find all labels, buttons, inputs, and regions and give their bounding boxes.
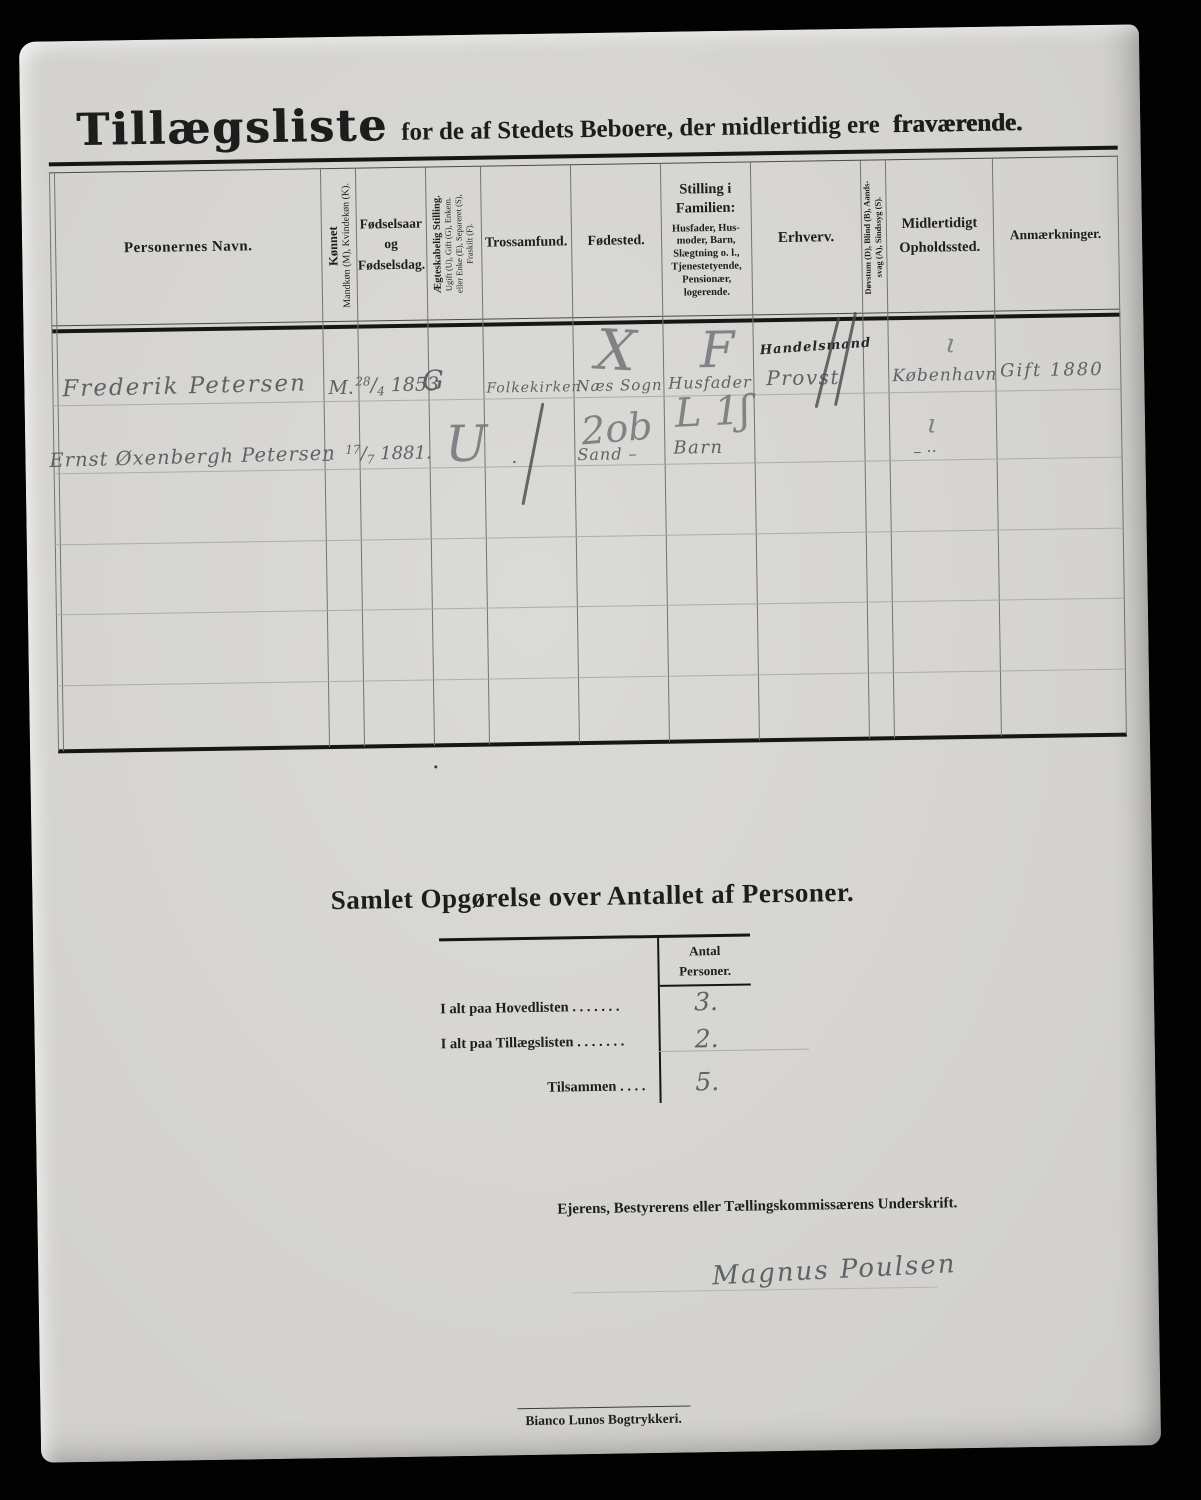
summary-col-header: Antal Personer.: [659, 941, 751, 981]
col-header-faith: Trossamfund.: [480, 165, 572, 319]
stray-ink-dot: [434, 765, 437, 768]
mark-cross: X: [594, 318, 637, 385]
mark-pen-stroke-3: [521, 403, 543, 506]
doc-title-rest: for de af Stedets Beboere, der midlertid…: [401, 111, 880, 147]
summary-total-label: Tilsammen . . . .: [465, 1078, 645, 1098]
summary-row1-value: 3.: [664, 987, 748, 1017]
row2-residence: – ··: [913, 442, 937, 461]
col-header-occupation: Erhverv.: [750, 161, 862, 316]
ruling-line-row4: [56, 598, 1124, 616]
ruling-line-row3: [55, 528, 1123, 546]
row2-family: Barn: [673, 437, 723, 459]
row2-name: Ernst Øxenbergh Petersen: [49, 441, 336, 471]
row1-marital: G: [422, 365, 444, 396]
col-header-birth: Fødselsaar og Fødselsdag.: [355, 168, 427, 322]
mark-flourish-f: F: [699, 321, 735, 380]
mark-tick-row1: ι: [944, 329, 958, 360]
summary-title: Samlet Opgørelse over Antallet af Person…: [272, 876, 912, 917]
row2-marital: U: [445, 415, 488, 474]
row1-remarks: Gift 1880: [1000, 359, 1104, 382]
summary-row2-label: I alt paa Tillægslisten . . . . . . .: [441, 1033, 625, 1053]
mark-lob: 2ob: [579, 404, 654, 454]
col-header-family: Stilling i Familien: Husfader, Hus- mode…: [660, 162, 752, 316]
col-header-sex: Kønnet Mandkøn (M), Kvindekøn (K).: [320, 169, 357, 323]
summary-total-value: 5.: [665, 1067, 749, 1097]
mark-tick-row2: ι: [926, 409, 939, 440]
row1-occupation: Provst: [766, 365, 840, 390]
summary-row1-label: I alt paa Hovedlisten . . . . . . .: [440, 999, 619, 1019]
row1-sex: M.: [328, 377, 354, 399]
ruling-line-row5: [57, 669, 1125, 687]
mark-l18: L 1ʃ: [674, 387, 752, 437]
document-page: Tillægsliste for de af Stedets Beboere, …: [19, 24, 1161, 1462]
doc-title-main: Tillægsliste: [76, 100, 389, 156]
summary-top-rule: [439, 934, 750, 942]
row2-sex: –: [321, 449, 330, 470]
row1-residence: København: [892, 365, 997, 387]
row1-occupation-note: Handelsmand: [759, 336, 871, 359]
table-right-border: [1117, 157, 1127, 735]
doc-title: Tillægsliste for de af Stedets Beboere, …: [76, 89, 1117, 156]
table-bottom-rule: [58, 733, 1127, 754]
col-header-name: Personernes Navn.: [54, 169, 322, 326]
col-header-marital: Ægteskabelig Stilling. Ugift (U), Gift (…: [425, 167, 482, 321]
signature-label: Ejerens, Bestyrerens eller Tællingskommi…: [497, 1194, 1017, 1219]
col-header-remarks: Anmærkninger.: [992, 157, 1119, 312]
col-header-birthplace: Fødested.: [570, 164, 662, 318]
col-header-residence: Midlertidigt Opholdssted.: [885, 159, 994, 314]
row2-birthdate: 17/7 1881.: [345, 441, 432, 466]
row1-faith: Folkekirken: [486, 379, 581, 396]
row2-faith: ·: [511, 452, 517, 473]
col-header-abilities: Døvstum (D), Blind (B), Aands- svag (A),…: [860, 160, 887, 313]
scanned-document-background: Tillægsliste for de af Stedets Beboere, …: [0, 0, 1201, 1500]
printer-credit: Bianco Lunos Bogtrykkeri.: [494, 1410, 714, 1429]
printer-rule: [517, 1406, 690, 1410]
row1-name: Frederik Petersen: [62, 370, 307, 402]
doc-title-rest-bold: fraværende.: [893, 109, 1023, 139]
